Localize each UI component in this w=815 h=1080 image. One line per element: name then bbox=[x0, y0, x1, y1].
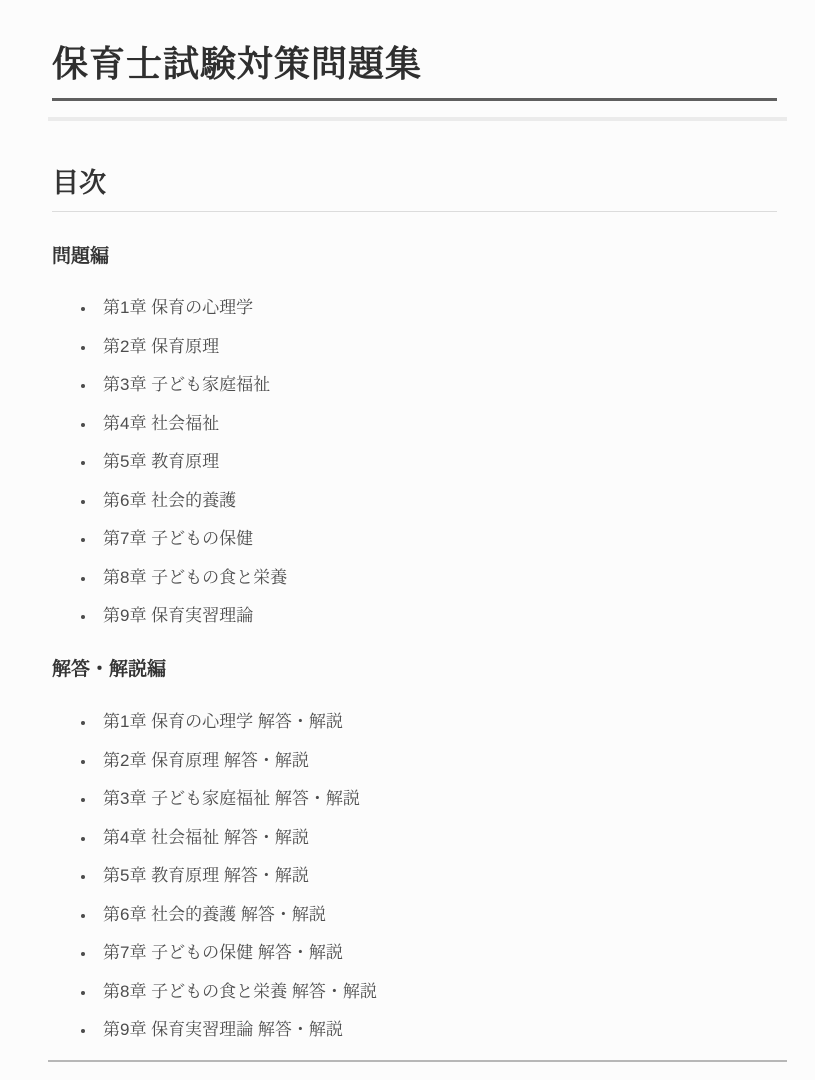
page-title: 保育士試験対策問題集 bbox=[52, 42, 777, 85]
section-heading-answers: 解答・解説編 bbox=[52, 659, 777, 682]
toc-item[interactable]: 第7章 子どもの保健 bbox=[96, 530, 777, 548]
toc-item[interactable]: 第9章 保育実習理論 解答・解説 bbox=[96, 1021, 777, 1039]
toc-heading: 目次 bbox=[52, 167, 777, 199]
toc-item[interactable]: 第4章 社会福祉 解答・解説 bbox=[96, 829, 777, 847]
toc-item[interactable]: 第4章 社会福祉 bbox=[96, 415, 777, 433]
header-divider-rule bbox=[48, 117, 787, 121]
toc-item[interactable]: 第8章 子どもの食と栄養 bbox=[96, 569, 777, 587]
toc-item[interactable]: 第3章 子ども家庭福祉 解答・解説 bbox=[96, 790, 777, 808]
footer-divider-rule bbox=[48, 1060, 787, 1062]
toc-item[interactable]: 第9章 保育実習理論 bbox=[96, 607, 777, 625]
toc-item[interactable]: 第5章 教育原理 解答・解説 bbox=[96, 867, 777, 885]
toc-item[interactable]: 第6章 社会的養護 解答・解説 bbox=[96, 906, 777, 924]
toc-item[interactable]: 第3章 子ども家庭福祉 bbox=[96, 376, 777, 394]
toc-item[interactable]: 第1章 保育の心理学 bbox=[96, 299, 777, 317]
toc-item[interactable]: 第1章 保育の心理学 解答・解説 bbox=[96, 713, 777, 731]
toc-item[interactable]: 第6章 社会的養護 bbox=[96, 492, 777, 510]
toc-list-answers: 第1章 保育の心理学 解答・解説 第2章 保育原理 解答・解説 第3章 子ども家… bbox=[52, 713, 777, 1039]
toc-item[interactable]: 第7章 子どもの保健 解答・解説 bbox=[96, 944, 777, 962]
toc-item[interactable]: 第2章 保育原理 bbox=[96, 338, 777, 356]
toc-list-problems: 第1章 保育の心理学 第2章 保育原理 第3章 子ども家庭福祉 第4章 社会福祉… bbox=[52, 299, 777, 625]
toc-underline-rule bbox=[52, 211, 777, 212]
title-underline-rule bbox=[52, 98, 777, 101]
toc-item[interactable]: 第5章 教育原理 bbox=[96, 453, 777, 471]
section-heading-problems: 問題編 bbox=[52, 246, 777, 269]
toc-item[interactable]: 第2章 保育原理 解答・解説 bbox=[96, 752, 777, 770]
toc-item[interactable]: 第8章 子どもの食と栄養 解答・解説 bbox=[96, 983, 777, 1001]
document-page: 保育士試験対策問題集 目次 問題編 第1章 保育の心理学 第2章 保育原理 第3… bbox=[0, 0, 815, 1080]
